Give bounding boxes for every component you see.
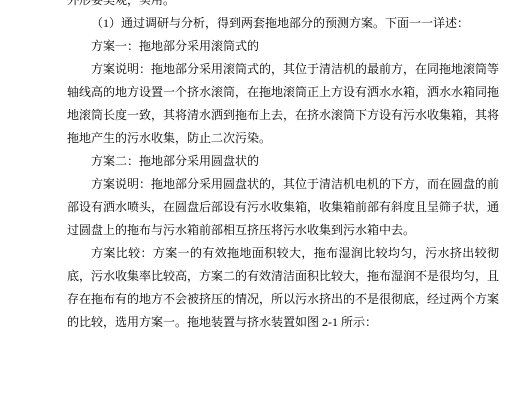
previous-paragraph-tail: 外形要美观，实用。	[67, 0, 499, 12]
plan-one-description: 方案说明：拖地部分采用滚筒式的，其位于清洁机的最前方，在同拖地滚筒等轴线高的地方…	[67, 58, 499, 150]
document-page: 外形要美观，实用。 （1）通过调研与分析，得到两套拖地部分的预测方案。下面一一详…	[67, 0, 499, 334]
plan-comparison-paragraph: 方案比较：方案一的有效拖地面积较大，拖布湿润比较均匀，污水挤出较彻底，污水收集率…	[67, 242, 499, 334]
plan-one-heading: 方案一：拖地部分采用滚筒式的	[67, 35, 499, 58]
plan-two-description: 方案说明：拖地部分采用圆盘状的，其位于清洁机电机的下方，而在圆盘的前部设有洒水喷…	[67, 173, 499, 242]
plan-two-heading: 方案二：拖地部分采用圆盘状的	[67, 150, 499, 173]
intro-paragraph: （1）通过调研与分析，得到两套拖地部分的预测方案。下面一一详述：	[67, 12, 499, 35]
